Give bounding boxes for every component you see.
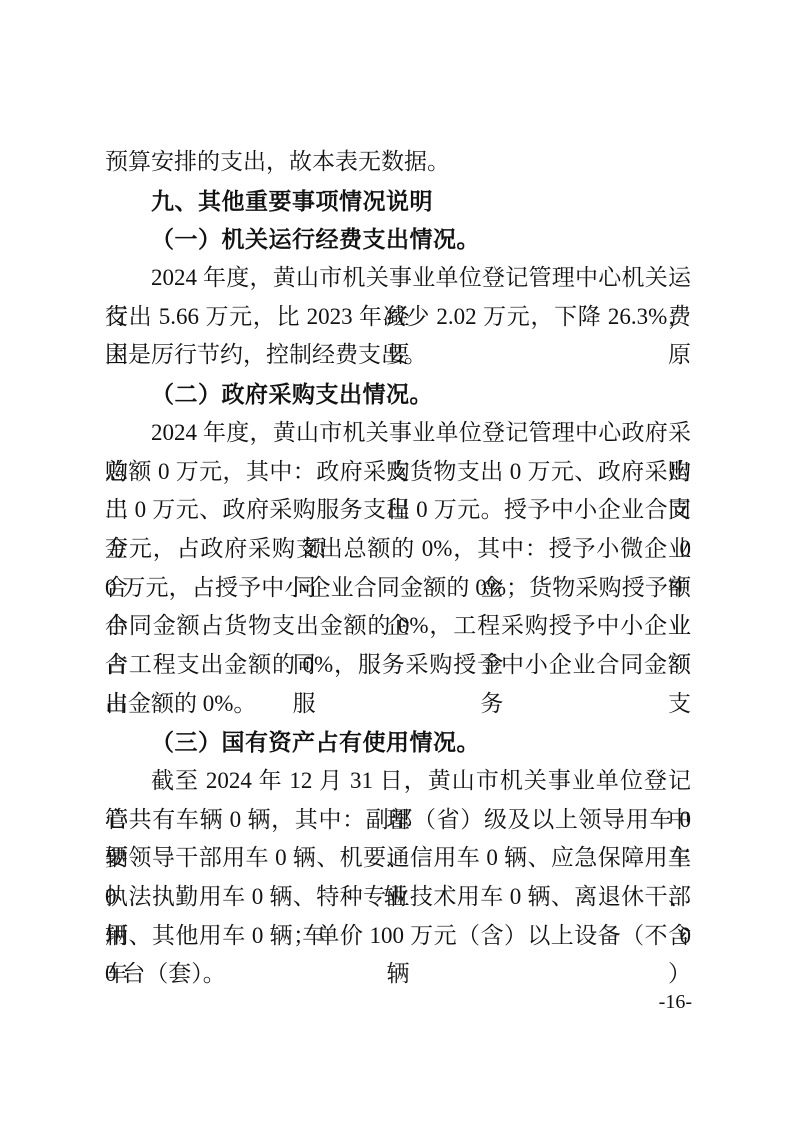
body-line: 预算安排的支出，故本表无数据。 bbox=[105, 143, 691, 182]
body-line: 合同金额占货物支出金额的 0%，工程采购授予中小企业合同金额 bbox=[105, 607, 691, 646]
body-line: 万元，占政府采购支出总额的 0%，其中：授予小微企业合同金额 bbox=[105, 530, 691, 569]
document-page: 预算安排的支出，故本表无数据。 九、其他重要事项情况说明 （一）机关运行经费支出… bbox=[0, 0, 793, 1122]
body-line: 出 0 万元、政府采购服务支出 0 万元。授予中小企业合同金额 0 bbox=[105, 491, 691, 530]
body-line: 执法执勤用车 0 辆、特种专业技术用车 0 辆、离退休干部用车 0 bbox=[105, 878, 691, 917]
body-line: 截至 2024 年 12 月 31 日，黄山市机关事业单位登记管理中 bbox=[105, 762, 691, 801]
subsection-heading: （三）国有资产占有使用情况。 bbox=[105, 723, 691, 762]
subsection-heading: （二）政府采购支出情况。 bbox=[105, 375, 691, 414]
body-line: 0 万元，占授予中小企业合同金额的 0%；货物采购授予中小企业 bbox=[105, 569, 691, 608]
page-number: -16- bbox=[659, 991, 692, 1013]
body-line: 支出 5.66 万元，比 2023 年减少 2.02 万元，下降 26.3%，主… bbox=[105, 298, 691, 337]
body-line: 2024 年度，黄山市机关事业单位登记管理中心政府采购支出 bbox=[105, 414, 691, 453]
document-body: 预算安排的支出，故本表无数据。 九、其他重要事项情况说明 （一）机关运行经费支出… bbox=[105, 143, 691, 994]
body-line: 占工程支出金额的 0%，服务采购授予中小企业合同金额占服务支 bbox=[105, 646, 691, 685]
body-line: 要领导干部用车 0 辆、机要通信用车 0 辆、应急保障用车 0 辆、 bbox=[105, 839, 691, 878]
body-line: 心共有车辆 0 辆，其中：副部（省）级及以上领导用车 0 辆、主 bbox=[105, 801, 691, 840]
subsection-heading: （一）机关运行经费支出情况。 bbox=[105, 220, 691, 259]
body-line: 辆、其他用车 0 辆；单价 100 万元（含）以上设备（不含车辆） bbox=[105, 917, 691, 956]
body-line: 2024 年度，黄山市机关事业单位登记管理中心机关运行经费 bbox=[105, 259, 691, 298]
body-line: 总额 0 万元，其中：政府采购货物支出 0 万元、政府采购工程支 bbox=[105, 453, 691, 492]
section-heading: 九、其他重要事项情况说明 bbox=[105, 182, 691, 221]
